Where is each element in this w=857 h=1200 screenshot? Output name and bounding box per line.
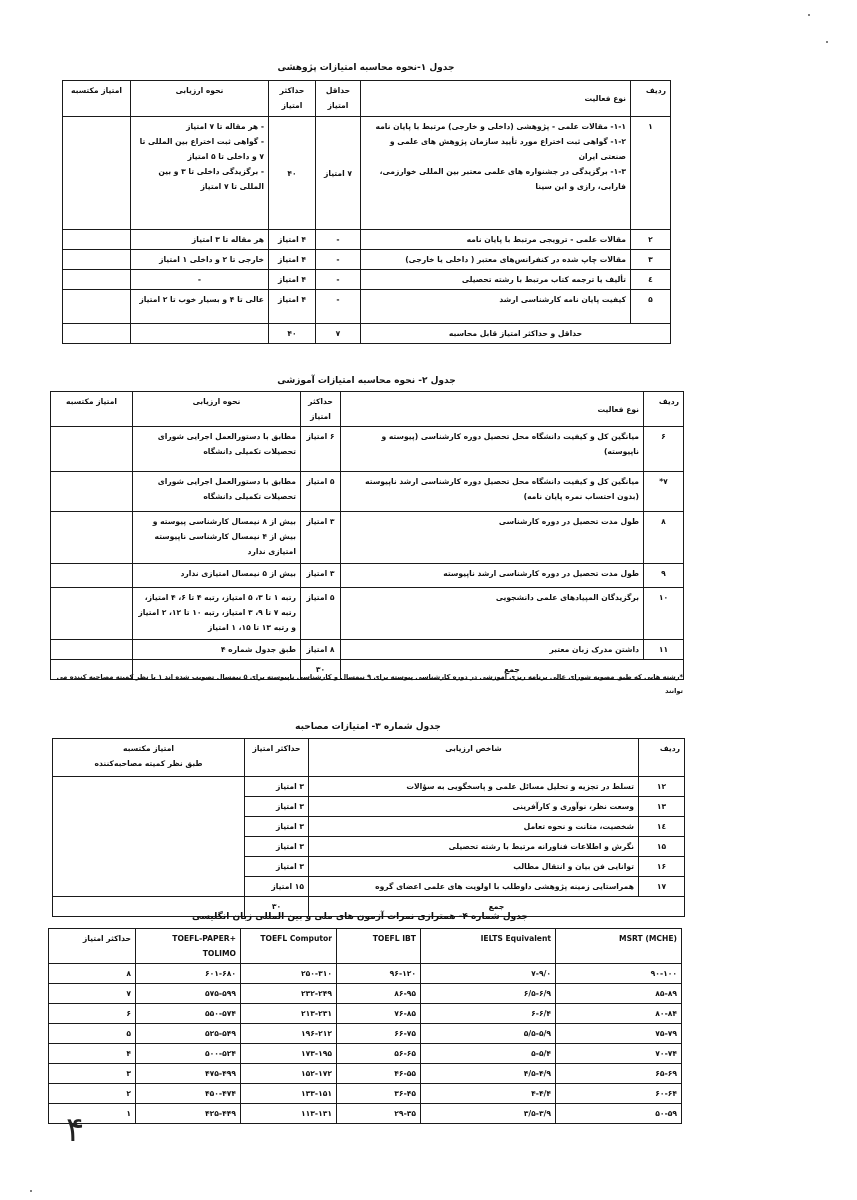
educational-points-table: ردیف نوع فعالیت حداکثر امتیاز نحوه ارزیا… bbox=[50, 391, 684, 680]
table-header-row: MSRT (MCHE) IELTS Equivalent TOEFL IBT T… bbox=[49, 929, 682, 964]
earned-interview-cell[interactable] bbox=[53, 777, 245, 897]
table-row: ۶ میانگین کل و کیفیت دانشگاه محل تحصیل د… bbox=[51, 427, 684, 472]
table-total-row: حداقل و حداکثر امتیاز قابل محاسبه ۷ ۴۰ bbox=[63, 324, 671, 344]
interview-points-table: ردیف شاخص ارزیابی حداکثر امتیاز امتیاز م… bbox=[52, 738, 685, 917]
table-header-row: ردیف شاخص ارزیابی حداکثر امتیاز امتیاز م… bbox=[53, 739, 685, 777]
earned-input-cell[interactable] bbox=[51, 427, 133, 472]
header-earned: امتیاز مکتسبه bbox=[57, 741, 240, 756]
scan-speck bbox=[826, 41, 828, 43]
table2-footnote: *رشته هایی که طبق مصوبه شورای عالی برنام… bbox=[50, 670, 683, 698]
table-row: ۵ کیفیت پایان نامه کارشناسی ارشد - ۴ امت… bbox=[63, 290, 671, 324]
header-evaluation: نحوه ارزیابی bbox=[131, 81, 269, 117]
earned-input-cell[interactable] bbox=[51, 564, 133, 588]
table1-caption: جدول ۱-نحوه محاسبه امتیازات پژوهشی bbox=[62, 63, 670, 73]
page-number: ۴ bbox=[66, 1110, 84, 1150]
header-earned-sub: طبق نظر کمیته مصاحبه‌کننده bbox=[57, 756, 240, 771]
earned-input-cell[interactable] bbox=[63, 117, 131, 230]
table-row: ۹۰-۱۰۰ ۷-۹/۰ ۹۶-۱۲۰ ۲۵۰-۳۱۰ ۶۰۱-۶۸۰ ۸ bbox=[49, 964, 682, 984]
table-row: ۷۵-۷۹ ۵/۵-۵/۹ ۶۶-۷۵ ۱۹۶-۲۱۲ ۵۲۵-۵۴۹ ۵ bbox=[49, 1024, 682, 1044]
table-row: ۱۱ داشتن مدرک زبان معتبر ۸ امتیاز طبق جد… bbox=[51, 640, 684, 660]
table-row: ۶۰-۶۴ ۴-۴/۴ ۳۶-۴۵ ۱۳۳-۱۵۱ ۴۵۰-۴۷۴ ۲ bbox=[49, 1084, 682, 1104]
scan-speck bbox=[808, 14, 810, 16]
table3-caption: جدول شماره ۳- امتیازات مصاحبه bbox=[52, 722, 684, 732]
earned-total-cell[interactable] bbox=[63, 324, 131, 344]
table-row: ۱۲ تسلط در تجزیه و تحلیل مسائل علمی و پا… bbox=[53, 777, 685, 797]
table-row: ۸۵-۸۹ ۶/۵-۶/۹ ۸۶-۹۵ ۲۳۲-۲۴۹ ۵۷۵-۵۹۹ ۷ bbox=[49, 984, 682, 1004]
earned-input-cell[interactable] bbox=[51, 588, 133, 640]
table-row: ۲ مقالات علمی - ترویجی مرتبط با پایان نا… bbox=[63, 230, 671, 250]
table-row: ۹ طول مدت تحصیل در دوره کارشناسی ارشد نا… bbox=[51, 564, 684, 588]
table-row: ۷۰-۷۴ ۵-۵/۴ ۵۶-۶۵ ۱۷۳-۱۹۵ ۵۰۰-۵۲۴ ۴ bbox=[49, 1044, 682, 1064]
earned-input-cell[interactable] bbox=[63, 250, 131, 270]
table2-caption: جدول ۲- نحوه محاسبه امتیازات آموزشی bbox=[50, 376, 683, 386]
research-points-table: ردیف نوع فعالیت حداقل امتیاز حداکثر امتی… bbox=[62, 80, 671, 344]
table4-caption: جدول شماره ۴- همترازی نمرات آزمون های مل… bbox=[40, 912, 680, 922]
table-row: ۱ ۱-۱- مقالات علمی - پژوهشی (داخلی و خار… bbox=[63, 117, 671, 230]
table-row: ۸ طول مدت تحصیل در دوره کارشناسی ۳ امتیا… bbox=[51, 512, 684, 564]
table-row: ۶۵-۶۹ ۴/۵-۴/۹ ۴۶-۵۵ ۱۵۲-۱۷۲ ۴۷۵-۴۹۹ ۳ bbox=[49, 1064, 682, 1084]
table-row: ۵۰-۵۹ ۳/۵-۳/۹ ۲۹-۳۵ ۱۱۳-۱۳۱ ۴۲۵-۴۴۹ ۱ bbox=[49, 1104, 682, 1124]
header-max: حداکثر امتیاز bbox=[269, 81, 316, 117]
earned-input-cell[interactable] bbox=[63, 270, 131, 290]
english-equivalence-table: MSRT (MCHE) IELTS Equivalent TOEFL IBT T… bbox=[48, 928, 682, 1124]
table-header-row: ردیف نوع فعالیت حداکثر امتیاز نحوه ارزیا… bbox=[51, 392, 684, 427]
table-row: ۱۰ برگزیدگان المپیادهای علمی دانشجویی ۵ … bbox=[51, 588, 684, 640]
earned-input-cell[interactable] bbox=[51, 472, 133, 512]
header-activity: نوع فعالیت bbox=[361, 81, 631, 117]
header-row-no: ردیف bbox=[631, 81, 671, 117]
earned-input-cell[interactable] bbox=[63, 230, 131, 250]
table-header-row: ردیف نوع فعالیت حداقل امتیاز حداکثر امتی… bbox=[63, 81, 671, 117]
table-row: ۸۰-۸۴ ۶-۶/۴ ۷۶-۸۵ ۲۱۳-۲۳۱ ۵۵۰-۵۷۴ ۶ bbox=[49, 1004, 682, 1024]
header-min: حداقل امتیاز bbox=[316, 81, 361, 117]
table-row: ۷* میانگین کل و کیفیت دانشگاه محل تحصیل … bbox=[51, 472, 684, 512]
scan-speck bbox=[30, 1190, 32, 1192]
earned-input-cell[interactable] bbox=[63, 290, 131, 324]
table-row: ۳ مقالات چاپ شده در کنفرانس‌های معتبر ( … bbox=[63, 250, 671, 270]
table-row: ٤ تألیف یا ترجمه کتاب مرتبط با رشته تحصی… bbox=[63, 270, 671, 290]
header-earned: امتیاز مکتسبه bbox=[63, 81, 131, 117]
earned-input-cell[interactable] bbox=[51, 640, 133, 660]
earned-input-cell[interactable] bbox=[51, 512, 133, 564]
